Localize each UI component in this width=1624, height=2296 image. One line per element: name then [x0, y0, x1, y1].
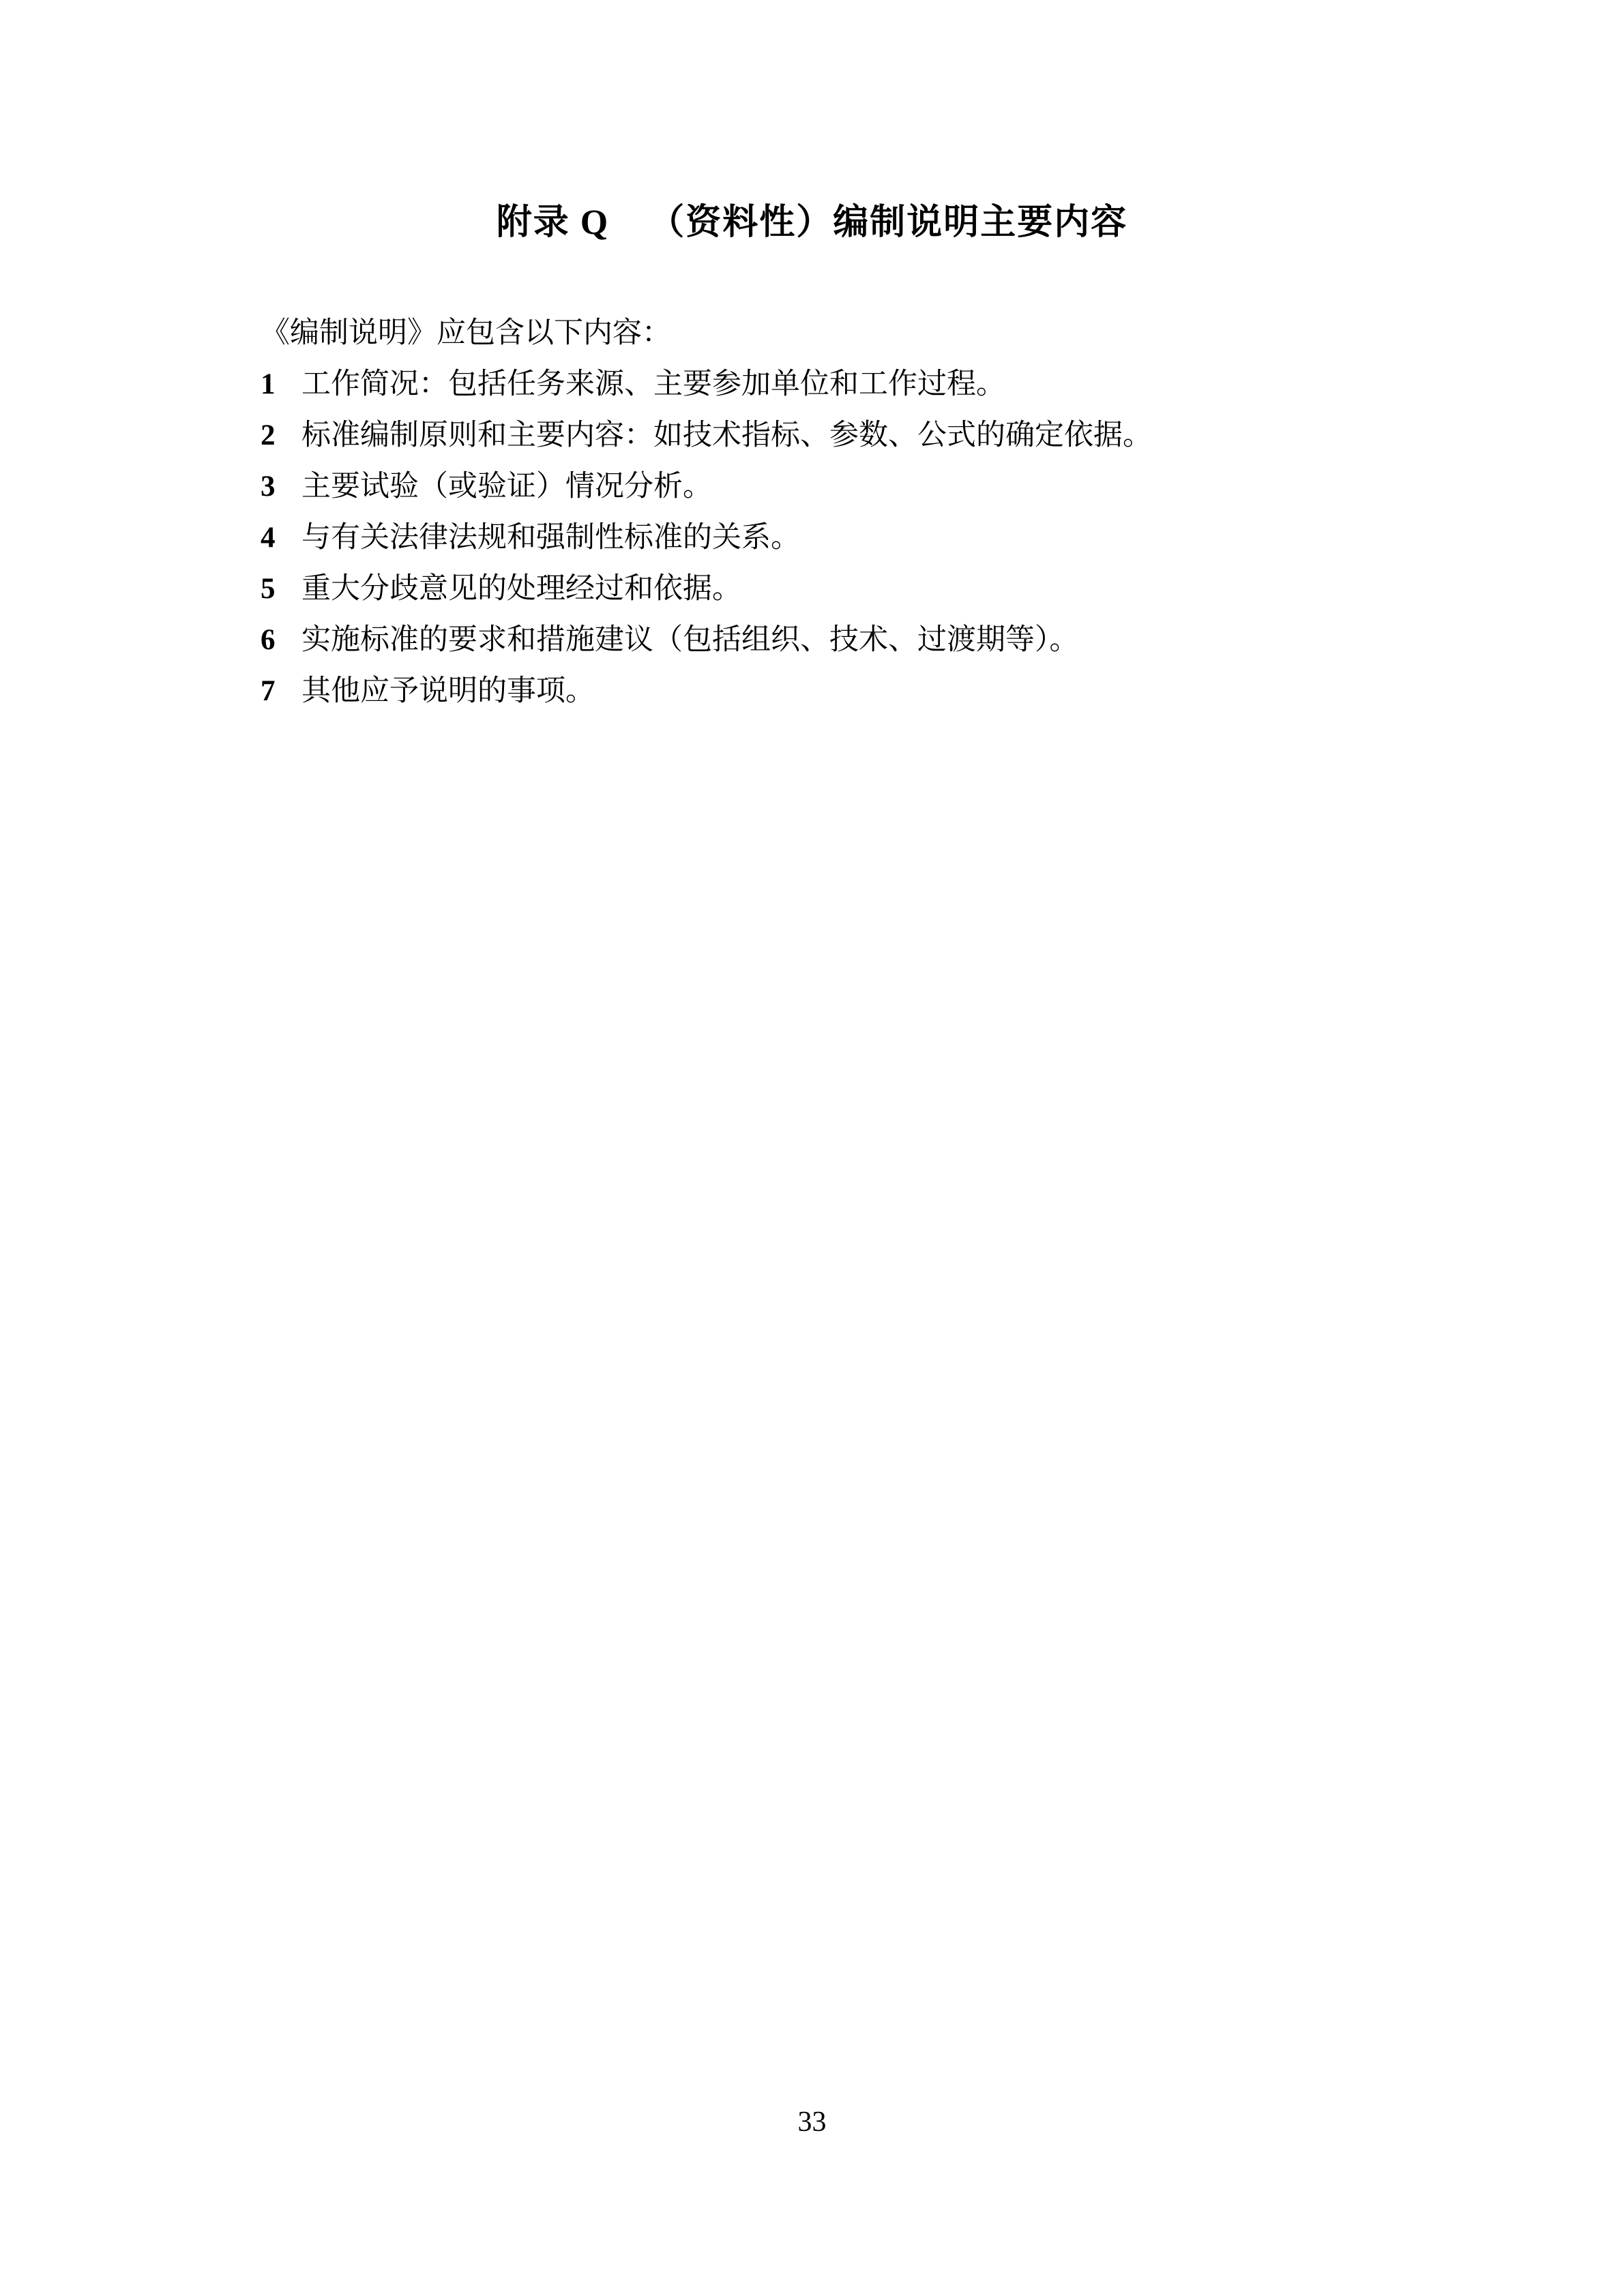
- list-item-text: 标准编制原则和主要内容：如技术指标、参数、公式的确定依据。: [301, 410, 1152, 461]
- appendix-title-label: 附录 Q: [497, 203, 609, 242]
- list-item-number: 7: [261, 666, 301, 717]
- list-item-text: 主要试验（或验证）情况分析。: [301, 461, 712, 512]
- list-item-text: 与有关法律法规和强制性标准的关系。: [301, 512, 800, 563]
- page-number: 33: [0, 2106, 1624, 2138]
- list-item-text: 实施标准的要求和措施建议（包括组织、技术、过渡期等）。: [301, 614, 1079, 666]
- list-item-text: 其他应予说明的事项。: [301, 666, 595, 717]
- list-item: 4 与有关法律法规和强制性标准的关系。: [261, 512, 1379, 563]
- list-item: 7 其他应予说明的事项。: [261, 666, 1379, 717]
- appendix-title: 附录 Q（资料性）编制说明主要内容: [0, 193, 1624, 244]
- appendix-title-text: （资料性）编制说明主要内容: [649, 203, 1127, 242]
- list-item-number: 6: [261, 614, 301, 666]
- intro-paragraph: 《编制说明》应包含以下内容：: [261, 308, 1379, 359]
- document-page: 附录 Q（资料性）编制说明主要内容 《编制说明》应包含以下内容： 1 工作简况：…: [0, 0, 1624, 2296]
- list-item-number: 4: [261, 512, 301, 563]
- list-item-number: 5: [261, 563, 301, 614]
- body-content: 《编制说明》应包含以下内容： 1 工作简况：包括任务来源、主要参加单位和工作过程…: [261, 308, 1379, 717]
- list-item: 3 主要试验（或验证）情况分析。: [261, 461, 1379, 512]
- list-item-text: 工作简况：包括任务来源、主要参加单位和工作过程。: [301, 359, 1005, 410]
- list-item: 2 标准编制原则和主要内容：如技术指标、参数、公式的确定依据。: [261, 410, 1379, 461]
- list-item: 5 重大分歧意见的处理经过和依据。: [261, 563, 1379, 614]
- list-item-number: 1: [261, 359, 301, 410]
- list-item-number: 3: [261, 461, 301, 512]
- list-item: 1 工作简况：包括任务来源、主要参加单位和工作过程。: [261, 359, 1379, 410]
- list-item: 6 实施标准的要求和措施建议（包括组织、技术、过渡期等）。: [261, 614, 1379, 666]
- list-item-number: 2: [261, 410, 301, 461]
- list-item-text: 重大分歧意见的处理经过和依据。: [301, 563, 741, 614]
